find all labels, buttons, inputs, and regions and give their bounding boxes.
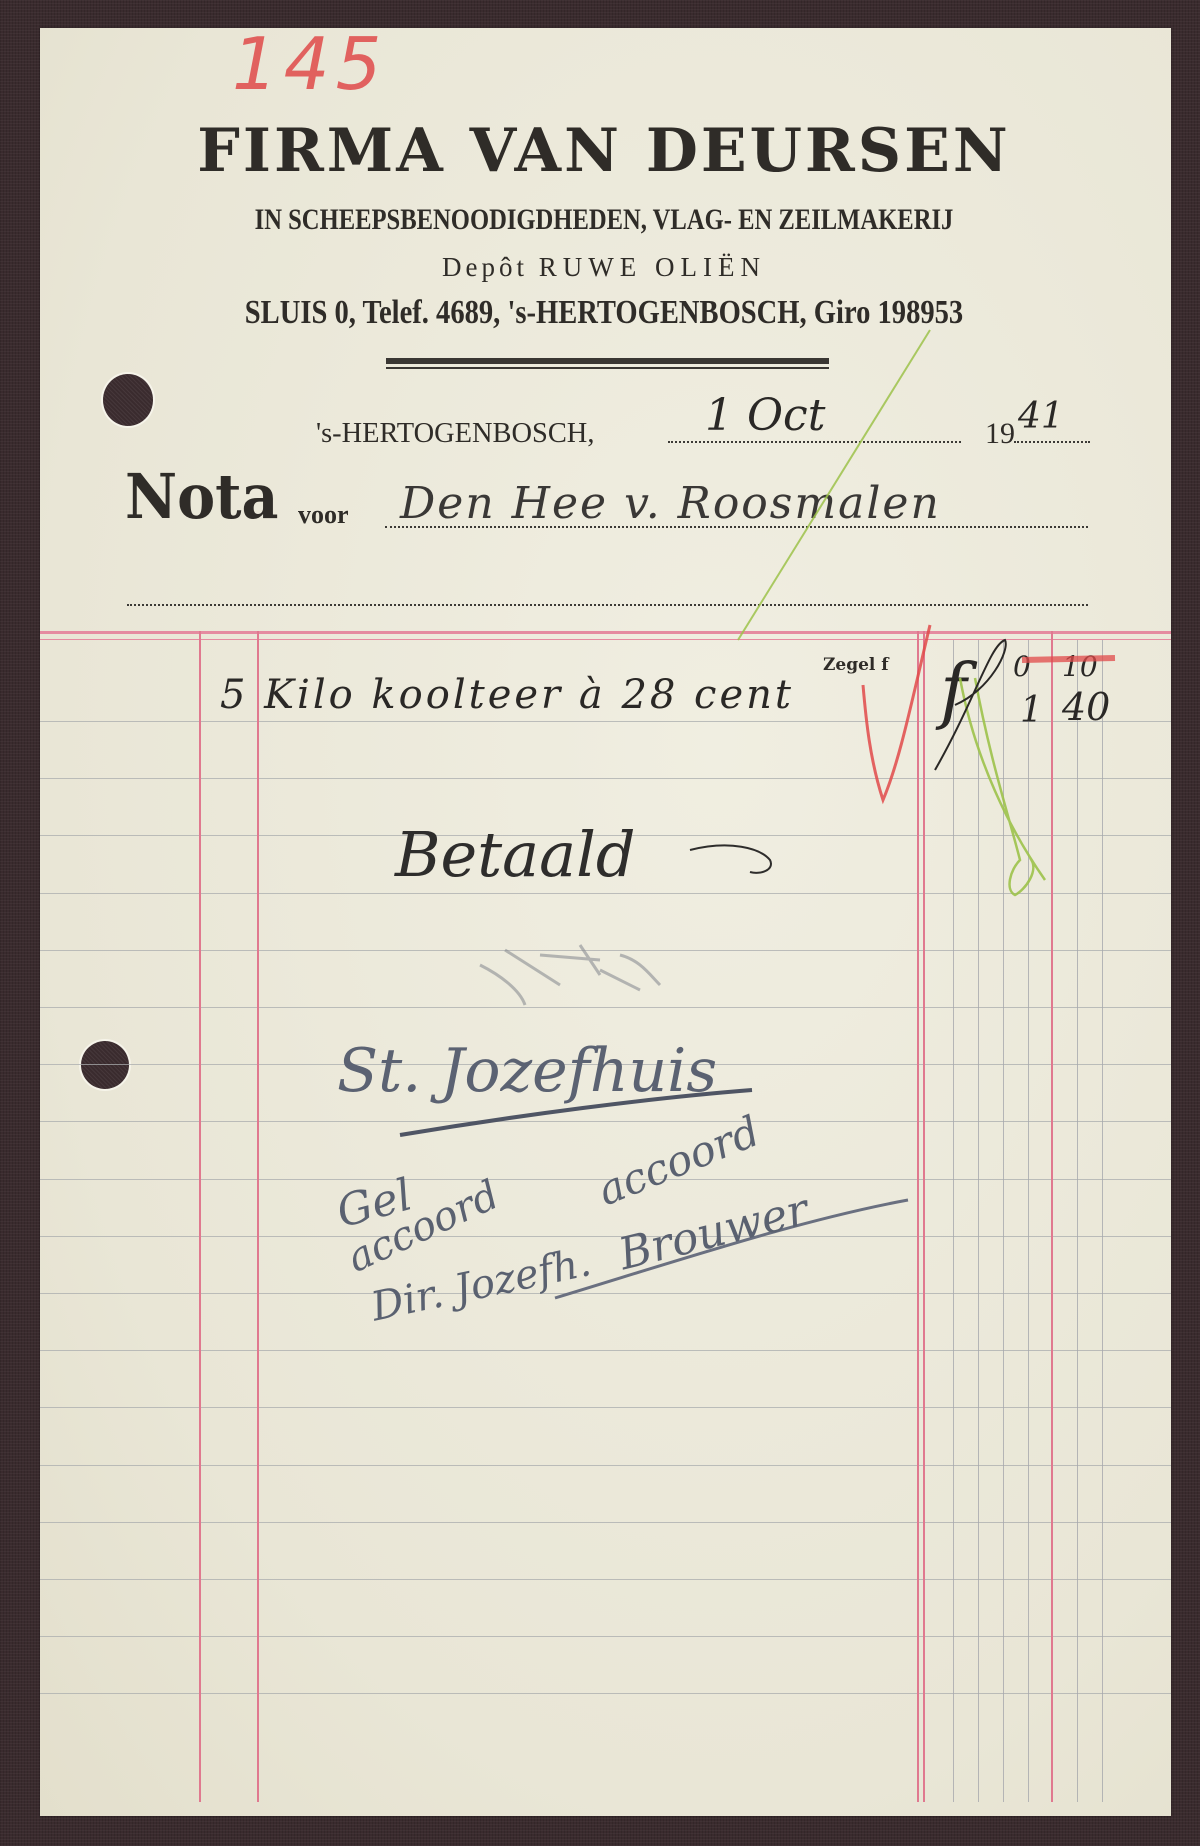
- handwriting-strokes: [0, 0, 1200, 1846]
- institution-annotation: St. Jozefhuis: [337, 1036, 717, 1106]
